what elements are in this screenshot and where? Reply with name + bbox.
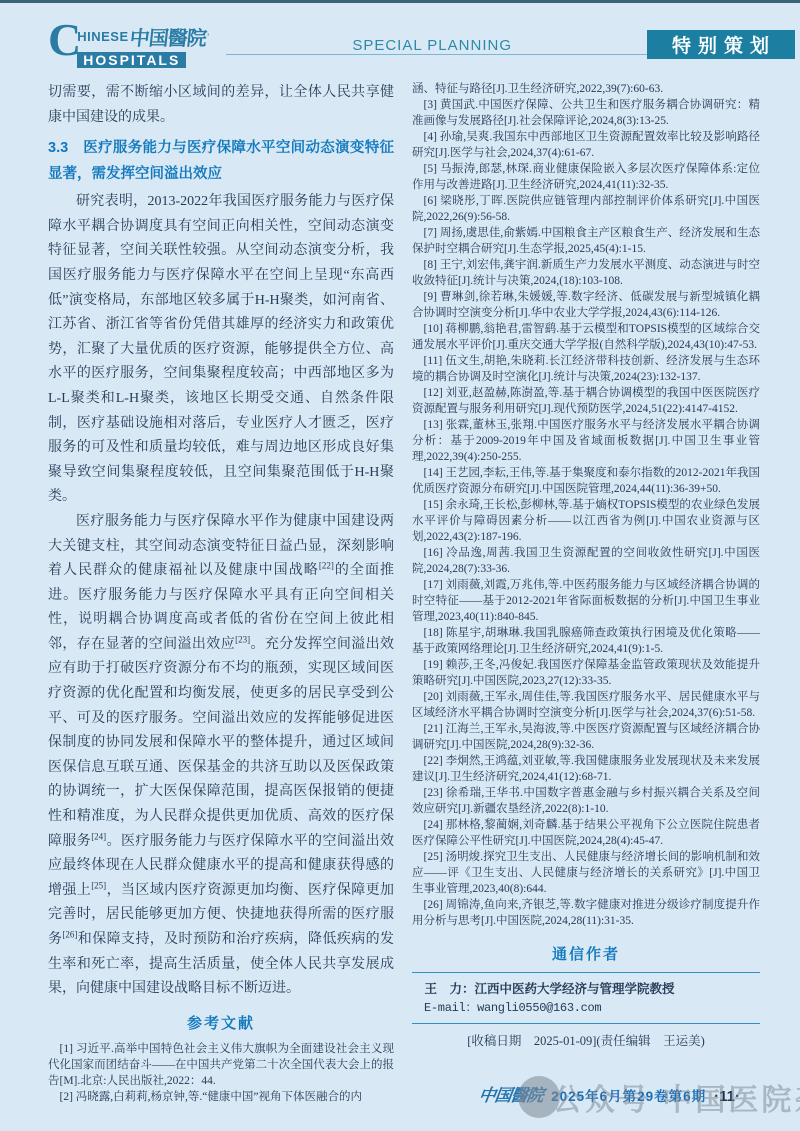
continuation-paragraph: 切需要，需不断缩小区域间的差异，让全体人民共享健康中国建设的成果。 xyxy=(48,81,394,130)
logo-english-bottom: HOSPITALS xyxy=(77,52,186,68)
page-header: C HINESE 中国醫院 ’ HOSPITALS SPECIAL PLANNI… xyxy=(48,20,800,66)
reference-item: [10] 蒋柳鹏,翁艳君,雷智鹞.基于云模型和TOPSIS模型的区域综合交通发展… xyxy=(412,321,760,353)
reference-item: [4] 孙瑜,吴爽.我国东中西部地区卫生资源配置效率比较及影响路径研究[J].医… xyxy=(412,129,760,161)
reference-item: [22] 李炯然,王鸿蕴,刘亚敏,等.我国健康服务业发展现状及未来发展建议[J]… xyxy=(412,753,760,785)
reference-item: [17] 刘雨薇,刘霞,万兆伟,等.中医药服务能力与区域经济耦合协调的时空特征—… xyxy=(412,577,760,625)
body-paragraph: 研究表明，2013-2022年我国医疗服务能力与医疗保障水平耦合协调度具有空间正… xyxy=(48,190,394,510)
submission-editor-line: [收稿日期 2025-01-09](责任编辑 王运美) xyxy=(412,1032,760,1050)
page-footer: 中国醫院 2025年6月第29卷第6期 ·11· xyxy=(0,1081,740,1106)
footer-issue-info: 2025年6月第29卷第6期 xyxy=(551,1085,706,1105)
journal-page: C HINESE 中国醫院 ’ HOSPITALS SPECIAL PLANNI… xyxy=(0,0,800,1131)
logo-english-top: HINESE xyxy=(77,29,128,44)
reference-item: [3] 黄国武.中国医疗保障、公共卫生和医疗服务耦合协调研究：精准画像与发展路径… xyxy=(412,97,760,129)
reference-item: [16] 冷品逸,周茜.我国卫生资源配置的空间收敛性研究[J].中国医院,202… xyxy=(412,545,760,577)
reference-item: [8] 王宁,刘宏伟,龚宇润.新质生产力发展水平测度、动态演进与时空收敛特征[J… xyxy=(412,257,760,289)
references-title: 参考文献 xyxy=(48,1012,394,1033)
divider-line xyxy=(412,972,760,973)
reference-item: [5] 马振涛,郎瑟,林琛.商业健康保险嵌入多层次医疗保障体系:定位作用与改善进… xyxy=(412,161,760,193)
footer-page-number: ·11· xyxy=(714,1088,740,1105)
section-heading-3-3: 3.3 医疗服务能力与医疗保障水平空间动态演变特征显著，需发挥空间溢出效应 xyxy=(48,135,394,187)
reference-item: [7] 周扬,虞思佳,俞紫嫣.中国粮食主产区粮食生产、经济发展和生态保护时空耦合… xyxy=(412,225,760,257)
reference-item: [26] 周锦涛,鱼向来,齐银芝,等.数字健康对推进分级诊疗制度提升作用分析与思… xyxy=(412,897,760,929)
header-divider-line xyxy=(226,54,688,55)
reference-item: [11] 伍文生,胡艳,朱晓莉.长江经济带科技创新、经济发展与生态环境的耦合协调… xyxy=(412,353,760,385)
reference-item: [18] 陈星宇,胡琳琳.我国乳腺癌筛查政策执行困境及优化策略——基于政策网络理… xyxy=(412,625,760,657)
references-right-list: [3] 黄国武.中国医疗保障、公共卫生和医疗服务耦合协调研究：精准画像与发展路径… xyxy=(412,97,760,929)
reference-item: [23] 徐希瑞,王华书.中国数字普惠金融与乡村振兴耦合关系及空间效应研究[J]… xyxy=(412,785,760,817)
reference-item: [14] 王艺园,李耘,王伟,等.基于集聚度和泰尔指数的2012-2021年我国… xyxy=(412,465,760,497)
article-content: 切需要，需不断缩小区域间的差异，让全体人民共享健康中国建设的成果。 3.3 医疗… xyxy=(48,81,760,1105)
section-label-chinese: 特别策划 xyxy=(647,30,795,59)
reference-item: [19] 赖莎,王冬,冯俊妃.我国医疗保障基金监管政策现状及效能提升策略研究[J… xyxy=(412,657,760,689)
reference-item: [6] 梁晓彤,丁晖.医院供应链管理内部控制评价体系研究[J].中国医院,202… xyxy=(412,193,760,225)
logo-big-letter: C xyxy=(48,20,81,60)
corresponding-author-email: E-mail：wangli0550@163.com xyxy=(412,999,760,1017)
body-paragraph: 医疗服务能力与医疗保障水平作为健康中国建设两大关键支柱，其空间动态演变特征日益凸… xyxy=(48,510,394,1002)
reference-item-continuation: 涵、特征与路径[J].卫生经济研究,2022,39(7):60-63. xyxy=(412,81,760,97)
reference-item: [21] 江海兰,王军永,吴海波,等.中医医疗资源配置与区域经济耦合协调研究[J… xyxy=(412,721,760,753)
reference-item: [25] 汤明焌.探究卫生支出、人民健康与经济增长间的影响机制和效应——评《卫生… xyxy=(412,849,760,897)
reference-item: [15] 余永琦,王长松,彭柳林,等.基于熵权TOPSIS模型的农业绿色发展水平… xyxy=(412,497,760,545)
corresponding-author-name: 王 力：江西中医药大学经济与管理学院教授 xyxy=(412,979,760,999)
reference-item: [9] 曹琳剑,徐若琳,朱媛媛,等.数字经济、低碳发展与新型城镇化耦合协调时空演… xyxy=(412,289,760,321)
right-column: 涵、特征与路径[J].卫生经济研究,2022,39(7):60-63. [3] … xyxy=(412,81,760,1105)
reference-item: [13] 张霖,董林玉,张翔.中国医疗服务水平与经济发展水平耦合协调分析：基于2… xyxy=(412,417,760,465)
logo-seal-mark: ’ xyxy=(207,32,210,42)
reference-item: [20] 刘雨薇,王军永,周佳佳,等.我国医疗服务水平、居民健康水平与区域经济水… xyxy=(412,689,760,721)
footer-journal-logo: 中国醫院 xyxy=(477,1081,545,1106)
section-label-english: SPECIAL PLANNING xyxy=(352,37,512,54)
reference-item: [12] 刘亚,赵盈赫,陈澍盈,等.基于耦合协调模型的我国中医医院医疗资源配置与… xyxy=(412,385,760,417)
logo-chinese-calligraphy: 中国醫院 xyxy=(128,22,207,51)
corresponding-author-title: 通信作者 xyxy=(412,943,760,964)
reference-item: [24] 那林格,黎蔺娴,刘奇麟.基于结果公平视角下公立医院住院患者医疗保障公平… xyxy=(412,817,760,849)
left-column: 切需要，需不断缩小区域间的差异，让全体人民共享健康中国建设的成果。 3.3 医疗… xyxy=(48,81,394,1105)
divider-line xyxy=(412,1023,760,1024)
